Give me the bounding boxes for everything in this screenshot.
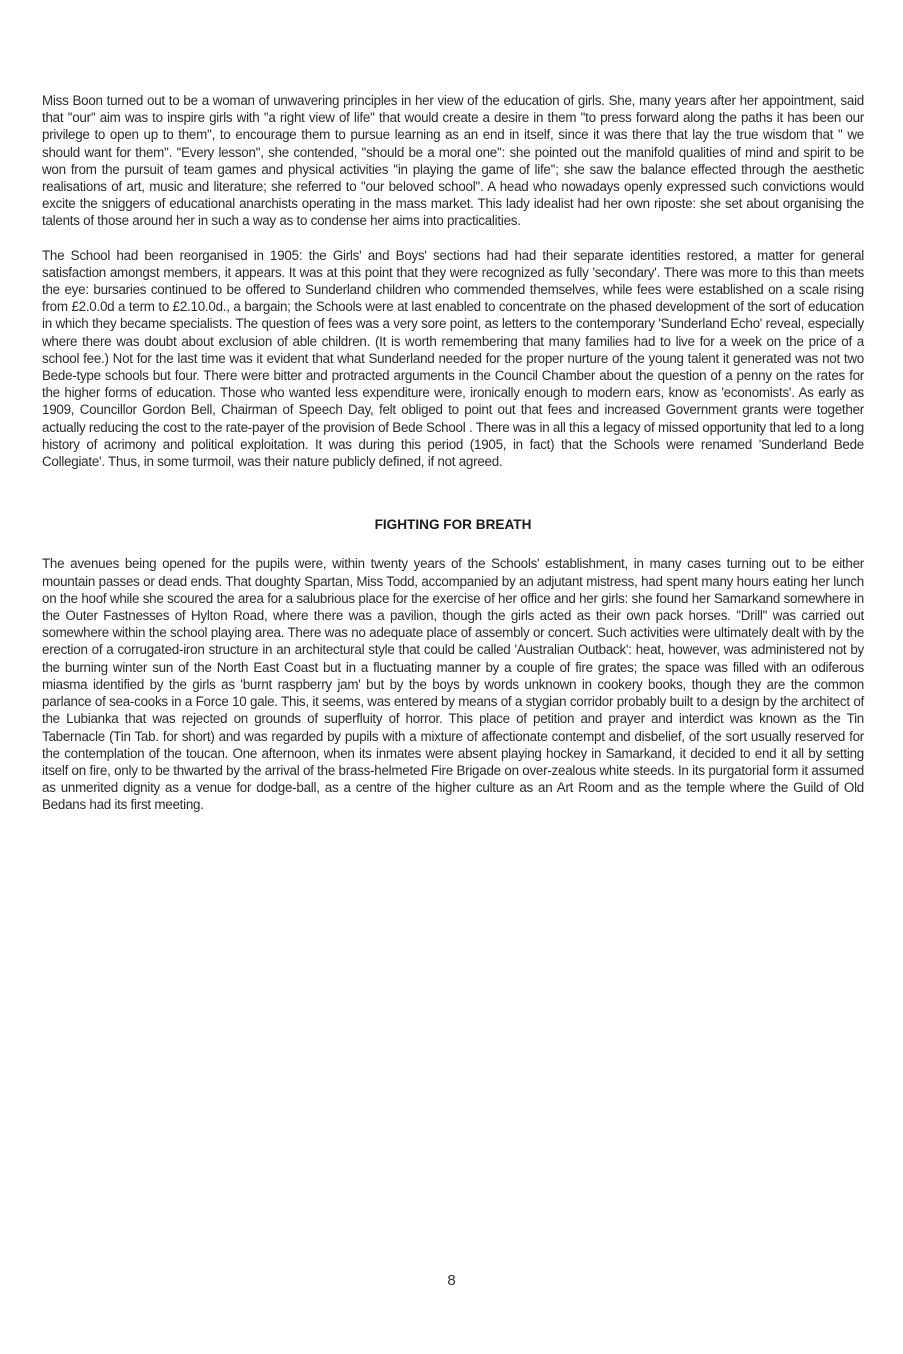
page-number: 8 <box>0 1272 903 1289</box>
paragraph-reorganisation-1905: The School had been reorganised in 1905:… <box>42 247 864 471</box>
document-page: Miss Boon turned out to be a woman of un… <box>42 92 864 814</box>
paragraph-miss-boon: Miss Boon turned out to be a woman of un… <box>42 92 864 230</box>
paragraph-tin-tabernacle: The avenues being opened for the pupils … <box>42 555 864 813</box>
section-heading: FIGHTING FOR BREATH <box>42 516 864 533</box>
